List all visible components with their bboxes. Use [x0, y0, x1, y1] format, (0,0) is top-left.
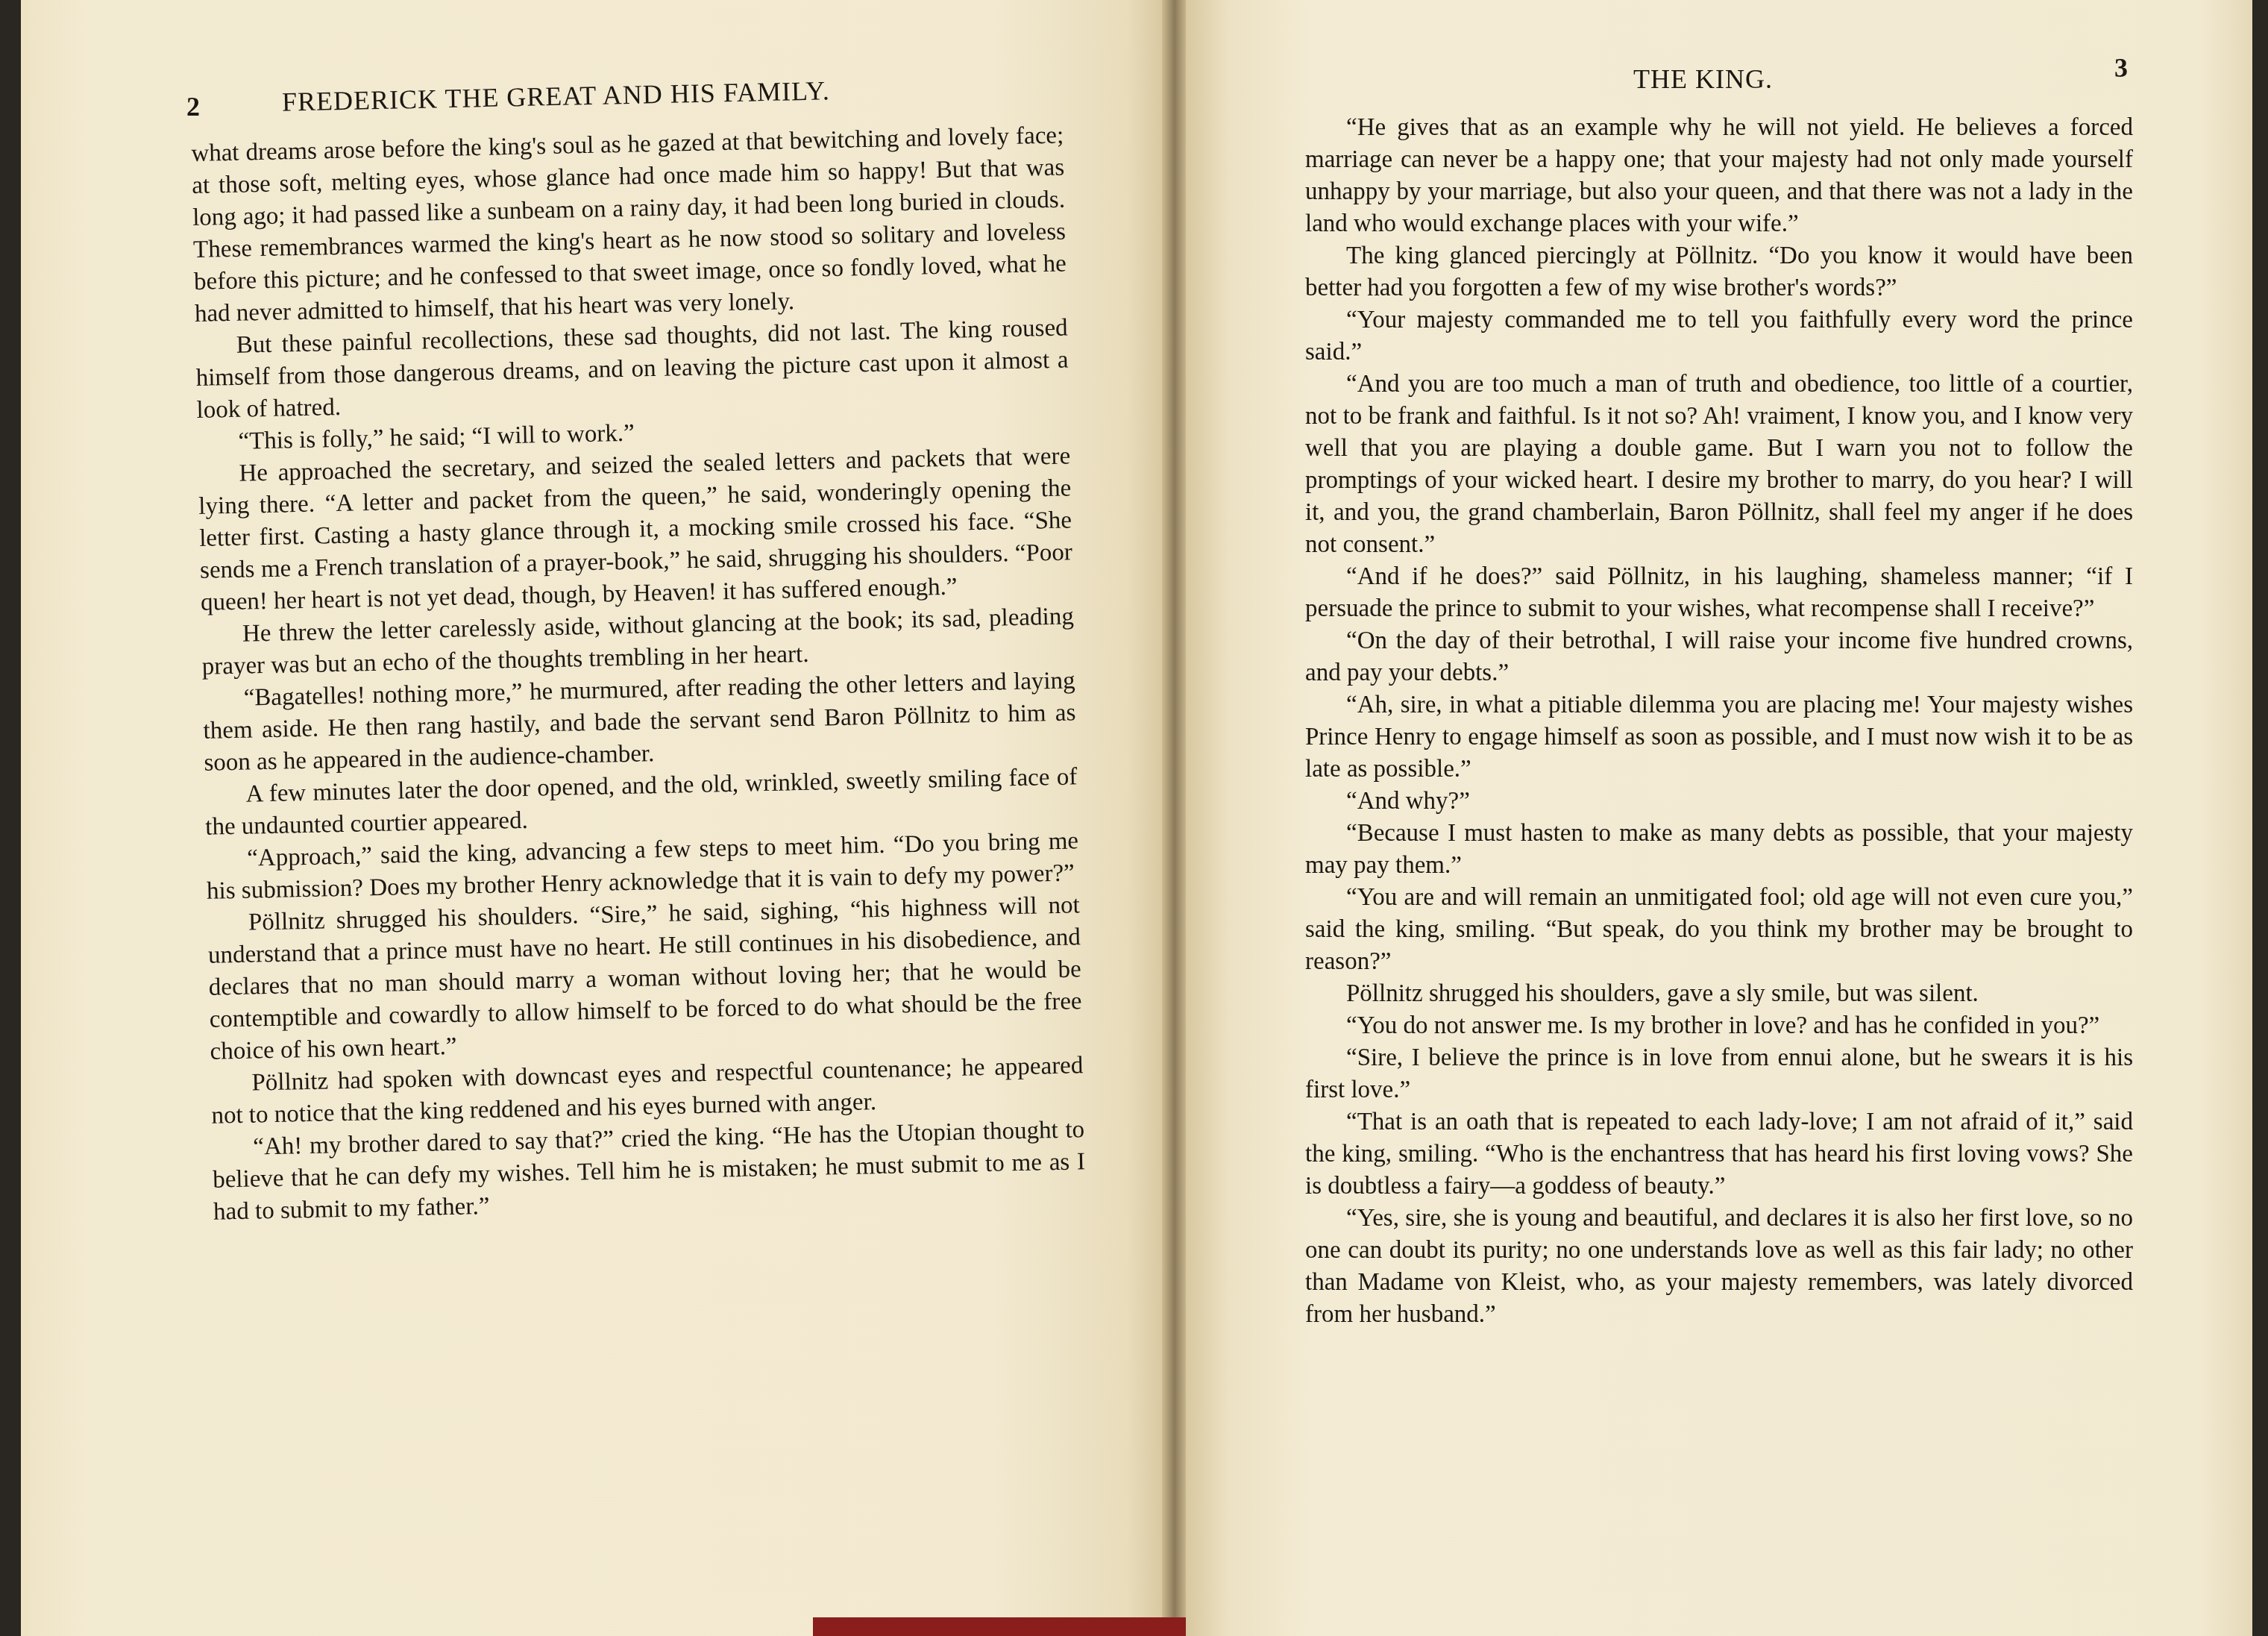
page-body: “He gives that as an example why he will… [1305, 112, 2133, 1331]
right-page: THE KING. 3 “He gives that as an example… [1186, 0, 2252, 1636]
paragraph: “You do not answer me. Is my brother in … [1305, 1010, 2133, 1042]
book-spine [1162, 0, 1187, 1636]
paragraph: “He gives that as an example why he will… [1305, 112, 2133, 240]
paragraph: “You are and will remain an unmitigated … [1305, 882, 2133, 978]
paragraph: “Yes, sire, she is young and beautiful, … [1305, 1203, 2133, 1331]
paragraph: “And if he does?” said Pöllnitz, in his … [1305, 561, 2133, 625]
paragraph: “Sire, I believe the prince is in love f… [1305, 1042, 2133, 1106]
running-head: FREDERICK THE GREAT AND HIS FAMILY. [282, 75, 831, 117]
paragraph: “Your majesty commanded me to tell you f… [1305, 304, 2133, 369]
page-number: 3 [2114, 52, 2128, 84]
paragraph: The king glanced piercingly at Pöllnitz.… [1305, 240, 2133, 304]
paragraph: He approached the secretary, and seized … [198, 440, 1073, 618]
paragraph: “Bagatelles! nothing more,” he murmured,… [202, 665, 1076, 779]
paragraph: “Ah! my brother dared to say that?” crie… [212, 1114, 1086, 1228]
left-page: 2 FREDERICK THE GREAT AND HIS FAMILY. wh… [21, 0, 1162, 1636]
paragraph: “And you are too much a man of truth and… [1305, 369, 2133, 561]
paragraph: But these painful recollections, these s… [195, 312, 1069, 426]
running-head: THE KING. [1633, 63, 1773, 95]
paragraph: what dreams arose before the king's soul… [191, 119, 1067, 330]
paragraph: “On the day of their betrothal, I will r… [1305, 625, 2133, 689]
page-number: 2 [186, 91, 200, 122]
paragraph: Pöllnitz shrugged his shoulders, gave a … [1305, 978, 2133, 1010]
paragraph: “That is an oath that is repeated to eac… [1305, 1106, 2133, 1203]
paragraph: “Ah, sire, in what a pitiable dilemma yo… [1305, 689, 2133, 786]
paragraph: “And why?” [1305, 786, 2133, 818]
page-body: what dreams arose before the king's soul… [191, 119, 1086, 1228]
paragraph: “Because I must hasten to make as many d… [1305, 818, 2133, 882]
headband [813, 1617, 1186, 1636]
paragraph: Pöllnitz shrugged his shoulders. “Sire,”… [207, 889, 1083, 1068]
